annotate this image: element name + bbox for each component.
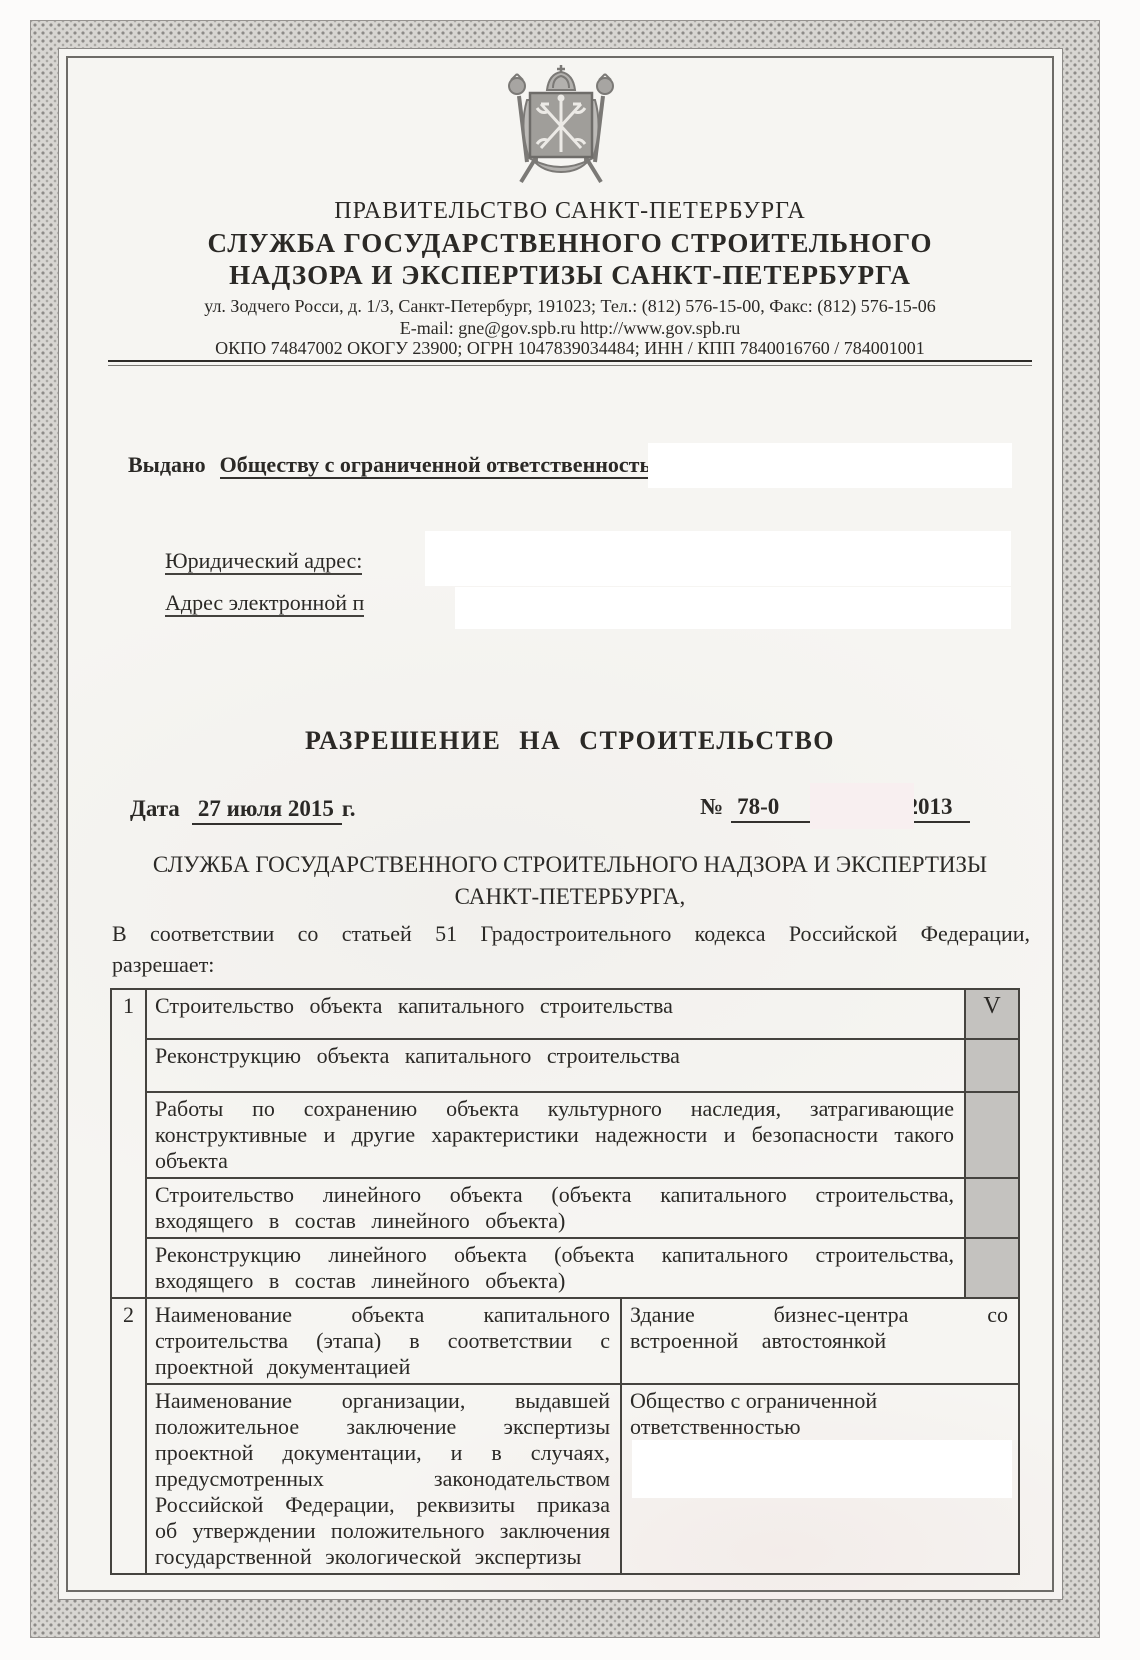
description-cell: Наименование организации, выдавшей полож… (146, 1384, 621, 1574)
header-address: ул. Зодчего Росси, д. 1/3, Санкт-Петербу… (110, 296, 1030, 317)
header-service-line2: НАДЗОРА И ЭКСПЕРТИЗЫ САНКТ-ПЕТЕРБУРГА (110, 260, 1030, 291)
header-government: ПРАВИТЕЛЬСТВО САНКТ-ПЕТЕРБУРГА (110, 198, 1030, 225)
description-cell: Реконструкцию объекта капитального строи… (146, 1039, 965, 1092)
row-number-cell: 2 (111, 1298, 146, 1574)
check-cell (965, 1039, 1019, 1092)
row-number-cell: 1 (111, 989, 146, 1298)
date-block: Дата27 июля 2015г. (130, 796, 356, 822)
permit-number-label: № (700, 794, 723, 819)
table-row: 1 Строительство объекта капитального стр… (111, 989, 1019, 1039)
description-cell: Реконструкцию линейного объекта (объекта… (146, 1238, 965, 1298)
value-cell: Здание бизнес-центра со встроенной автос… (621, 1298, 1019, 1384)
check-cell (965, 1092, 1019, 1178)
check-cell (965, 1178, 1019, 1238)
table-row: Работы по сохранению объекта культурного… (111, 1092, 1019, 1178)
redaction-box (455, 587, 1011, 629)
table-row: Реконструкцию объекта капитального строи… (111, 1039, 1019, 1092)
check-cell (965, 1238, 1019, 1298)
header-contacts: E-mail: gne@gov.spb.ru http://www.gov.sp… (110, 318, 1030, 339)
redaction-box (632, 1440, 1012, 1498)
description-cell: Строительство объекта капитального строи… (146, 989, 965, 1039)
intro-paragraph: В соответствии со статьей 51 Градостроит… (112, 918, 1030, 980)
redaction-box (648, 443, 1012, 488)
table-row: Строительство линейного объекта (объекта… (111, 1178, 1019, 1238)
date-suffix: г. (342, 796, 356, 821)
issued-label: Выдано (128, 452, 206, 477)
table-row: 2 Наименование объекта капитального стро… (111, 1298, 1019, 1384)
redaction-box (425, 531, 1011, 586)
date-label: Дата (130, 796, 180, 821)
issued-line: ВыданоОбществу с ограниченной ответствен… (128, 452, 688, 478)
check-cell: V (965, 989, 1019, 1039)
agency-line2: САНКТ-ПЕТЕРБУРГА, (110, 884, 1030, 910)
header-rule (108, 360, 1032, 366)
email-line: Адрес электронной п (165, 590, 364, 616)
description-cell: Наименование объекта капитального строит… (146, 1298, 621, 1384)
description-cell: Строительство линейного объекта (объекта… (146, 1178, 965, 1238)
header-codes: ОКПО 74847002 ОКОГУ 23900; ОГРН 10478390… (110, 338, 1030, 359)
legal-address-label: Юридический адрес: (165, 548, 362, 575)
description-cell: Работы по сохранению объекта культурного… (146, 1092, 965, 1178)
permit-number-part1: 78-0 (737, 794, 779, 819)
legal-address-line: Юридический адрес: (165, 548, 362, 574)
date-value: 27 июля 2015 (192, 796, 342, 825)
document-title: РАЗРЕШЕНИЕ НА СТРОИТЕЛЬСТВО (110, 726, 1030, 756)
redaction-box (810, 783, 914, 829)
coat-of-arms-icon (497, 60, 625, 194)
document-page: ПРАВИТЕЛЬСТВО САНКТ-ПЕТЕРБУРГА СЛУЖБА ГО… (0, 0, 1140, 1660)
email-label: Адрес электронной п (165, 590, 364, 617)
issued-value: Обществу с ограниченной ответственностью… (220, 452, 689, 479)
agency-line1: СЛУЖБА ГОСУДАРСТВЕННОГО СТРОИТЕЛЬНОГО НА… (110, 852, 1030, 878)
header-service-line1: СЛУЖБА ГОСУДАРСТВЕННОГО СТРОИТЕЛЬНОГО (110, 228, 1030, 259)
table-row: Реконструкцию линейного объекта (объекта… (111, 1238, 1019, 1298)
